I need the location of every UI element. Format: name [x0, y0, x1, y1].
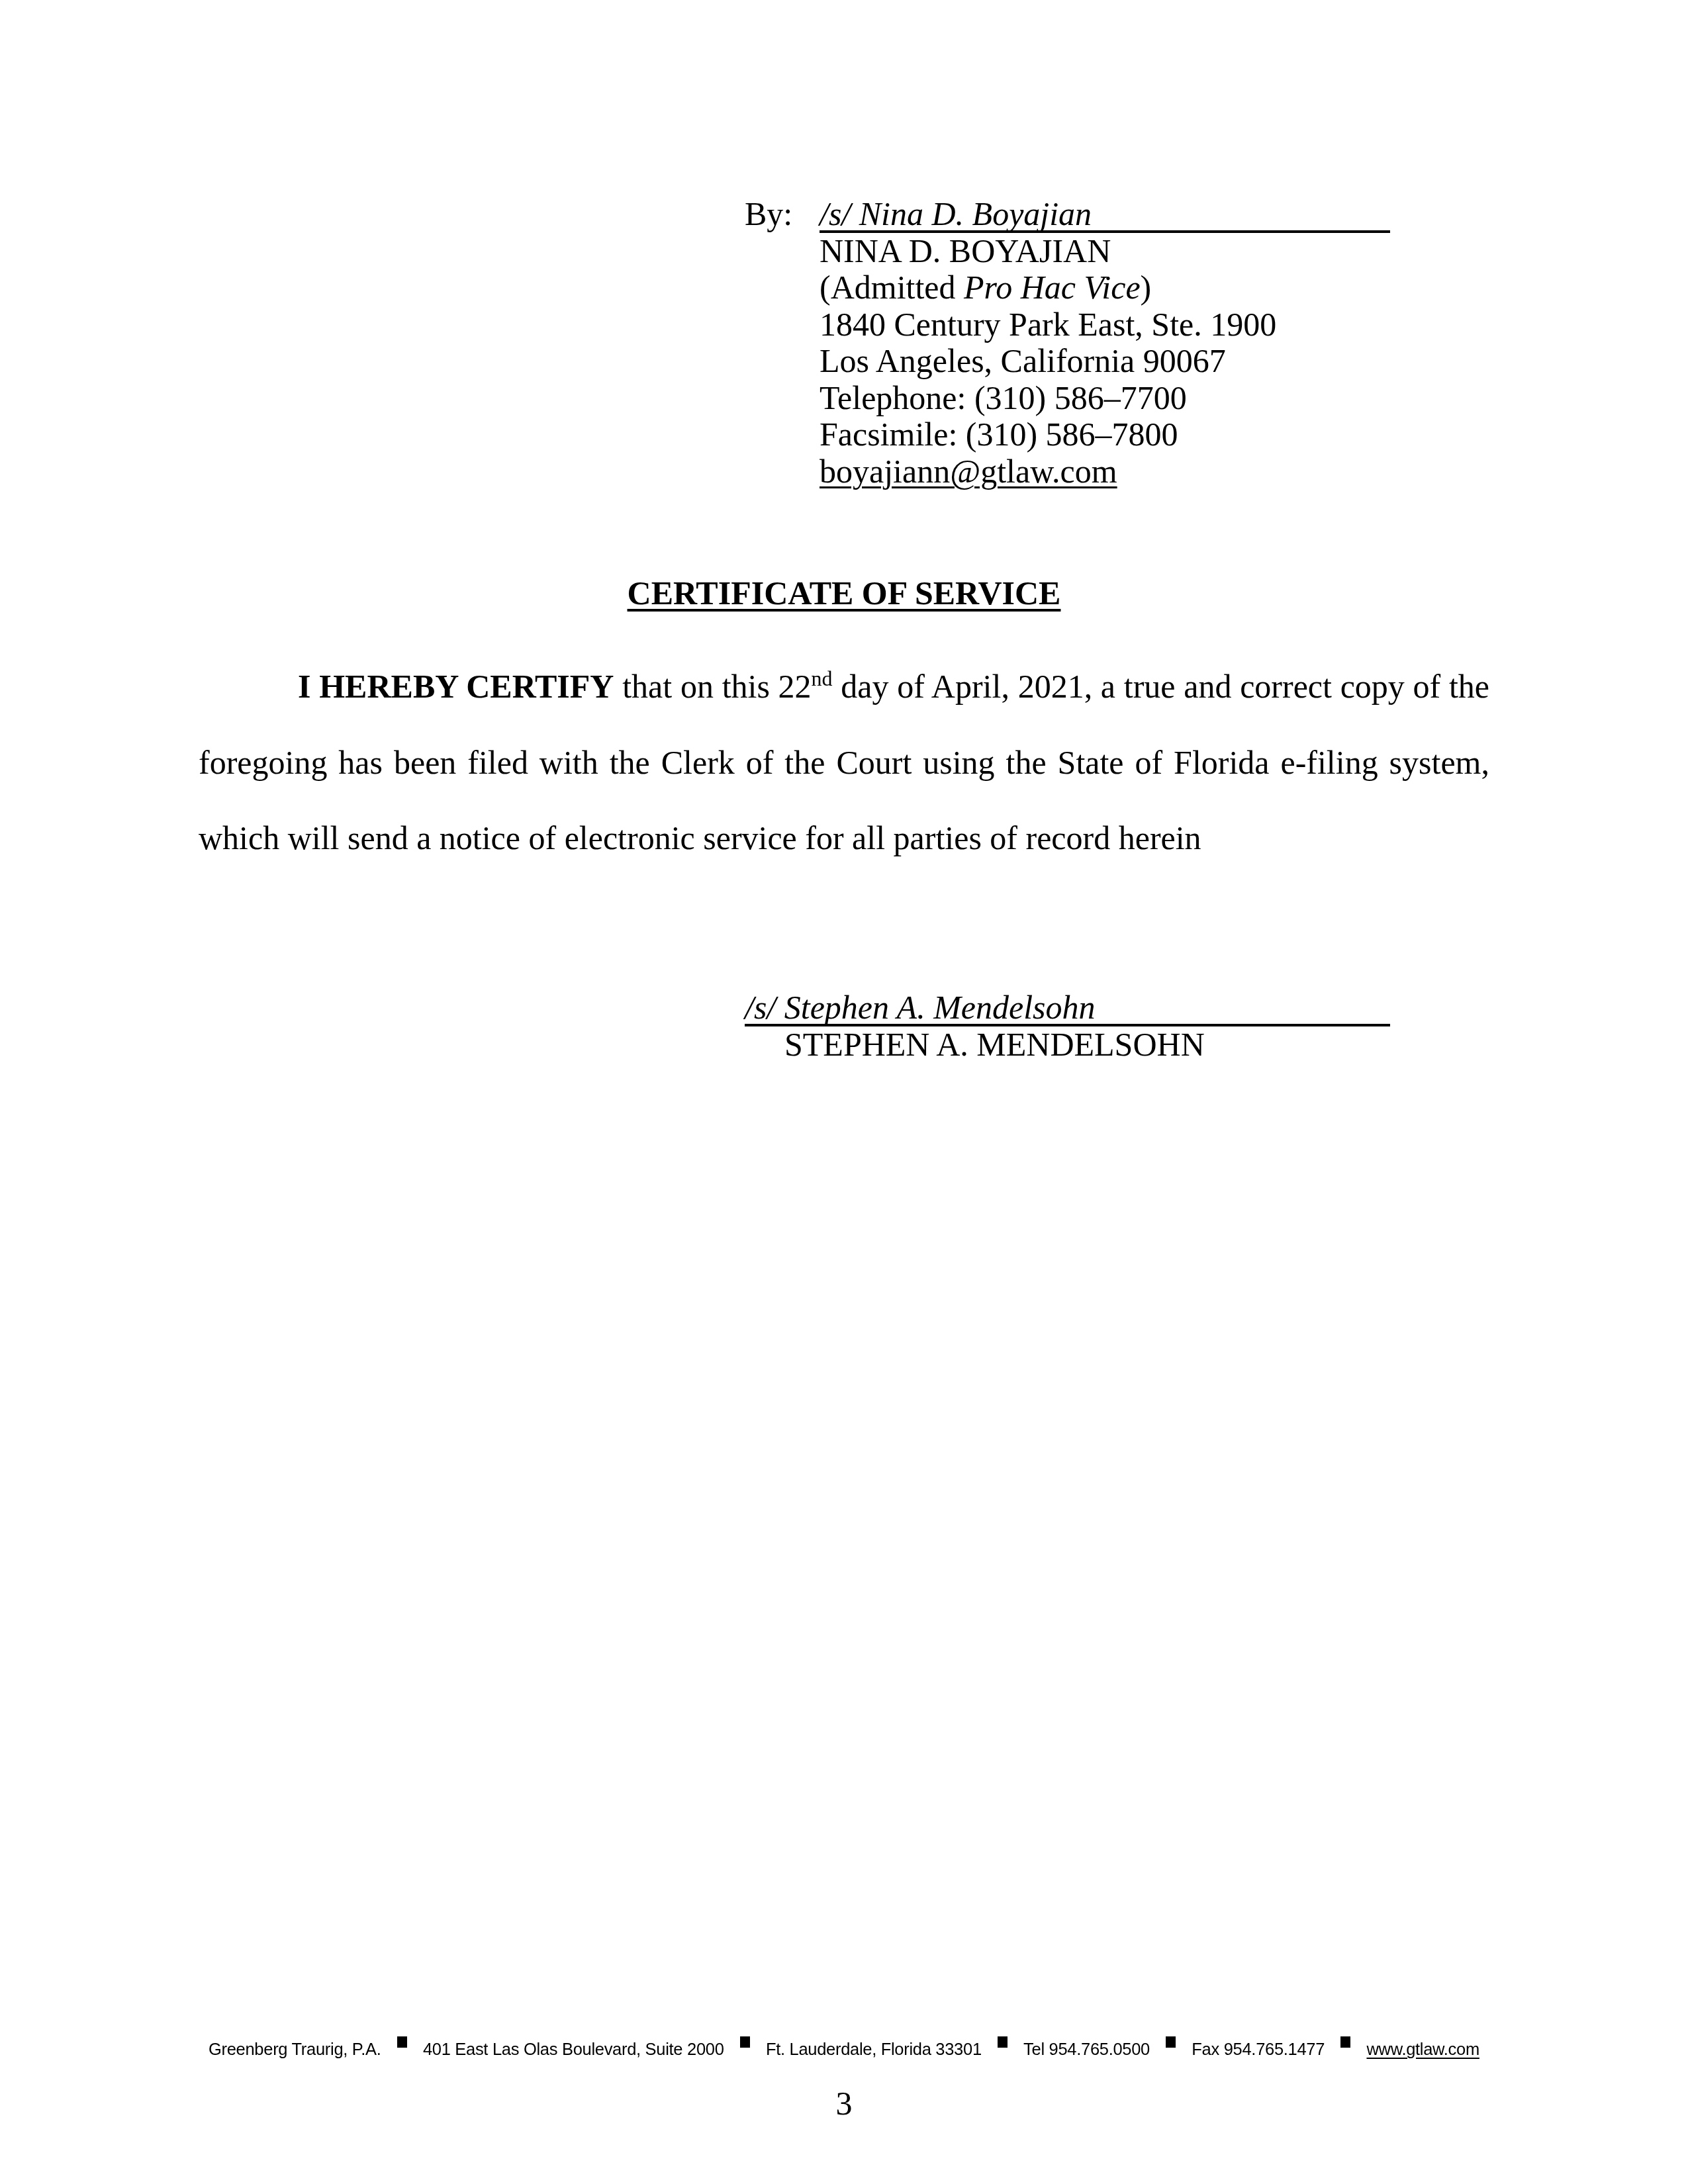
- admission-prefix: (Admitted: [820, 269, 964, 306]
- signature-block-boyajian: By: /s/ Nina D. Boyajian NINA D. BOYAJIA…: [745, 196, 1390, 490]
- black-square-separator-icon: [1340, 2036, 1350, 2048]
- footer-street: 401 East Las Olas Boulevard, Suite 2000: [423, 2038, 724, 2061]
- facsimile: Facsimile: (310) 586–7800: [820, 416, 1390, 453]
- page-number: 3: [0, 2085, 1688, 2122]
- electronic-signature-mendelsohn: /s/ Stephen A. Mendelsohn: [745, 991, 1390, 1026]
- date-text-part-a: that on this 22: [614, 668, 811, 705]
- footer-fax: Fax 954.765.1477: [1192, 2038, 1325, 2061]
- signature-row-2: /s/ Stephen A. Mendelsohn: [745, 991, 1390, 1026]
- footer-city: Ft. Lauderdale, Florida 33301: [766, 2038, 982, 2061]
- pro-hac-vice-text: Pro Hac Vice: [964, 269, 1141, 306]
- certificate-line-1: I HEREBY CERTIFY that on this 22nd day o…: [199, 649, 1489, 725]
- email-row: boyajiann@gtlaw.com: [820, 453, 1390, 490]
- footer-firm: Greenberg Traurig, P.A.: [209, 2038, 381, 2061]
- letterhead-footer: Greenberg Traurig, P.A. 401 East Las Ola…: [209, 2038, 1479, 2061]
- footer-website-link[interactable]: www.gtlaw.com: [1366, 2038, 1479, 2061]
- date-text-part-b: day of April, 2021, a true and correct c…: [833, 668, 1489, 705]
- ordinal-suffix: nd: [812, 666, 833, 690]
- admission-suffix: ): [1141, 269, 1152, 306]
- telephone: Telephone: (310) 586–7700: [820, 380, 1390, 417]
- printed-name-boyajian: NINA D. BOYAJIAN: [820, 233, 1390, 270]
- by-label: By:: [745, 196, 820, 233]
- black-square-separator-icon: [998, 2036, 1008, 2048]
- footer-tel: Tel 954.765.0500: [1023, 2038, 1150, 2061]
- certificate-line-3: which will send a notice of electronic s…: [199, 800, 1489, 876]
- black-square-separator-icon: [740, 2036, 750, 2048]
- admission-status: (Admitted Pro Hac Vice): [820, 269, 1390, 306]
- printed-name-mendelsohn: STEPHEN A. MENDELSOHN: [745, 1026, 1390, 1064]
- hereby-certify-text: I HEREBY CERTIFY: [298, 668, 614, 705]
- certificate-heading: CERTIFICATE OF SERVICE: [0, 573, 1688, 613]
- address-line-2: Los Angeles, California 90067: [820, 343, 1390, 380]
- signature-row: By: /s/ Nina D. Boyajian: [745, 196, 1390, 233]
- certificate-heading-text: CERTIFICATE OF SERVICE: [628, 574, 1061, 612]
- attorney-contact-info: NINA D. BOYAJIAN (Admitted Pro Hac Vice)…: [745, 233, 1390, 490]
- electronic-signature-boyajian: /s/ Nina D. Boyajian: [820, 197, 1390, 233]
- black-square-separator-icon: [1166, 2036, 1176, 2048]
- document-page: By: /s/ Nina D. Boyajian NINA D. BOYAJIA…: [0, 0, 1688, 2184]
- email-link[interactable]: boyajiann@gtlaw.com: [820, 453, 1117, 490]
- address-line-1: 1840 Century Park East, Ste. 1900: [820, 306, 1390, 343]
- black-square-separator-icon: [397, 2036, 407, 2048]
- certificate-body: I HEREBY CERTIFY that on this 22nd day o…: [199, 649, 1489, 876]
- signature-block-mendelsohn: /s/ Stephen A. Mendelsohn STEPHEN A. MEN…: [745, 991, 1390, 1064]
- certificate-line-2: foregoing has been filed with the Clerk …: [199, 725, 1489, 801]
